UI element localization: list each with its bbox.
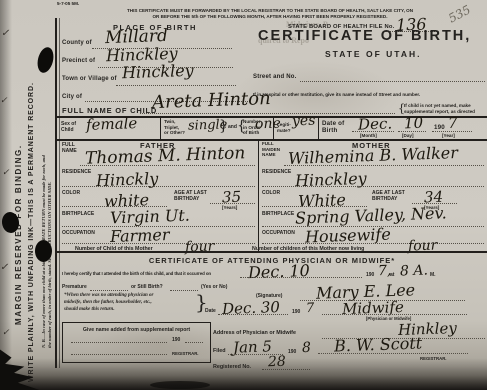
dob-day-line xyxy=(398,131,426,132)
mother-residence-label: RESIDENCE xyxy=(262,169,291,175)
town-label: Town or Village of xyxy=(62,76,117,83)
supplemental-box-year: 190 xyxy=(172,337,180,343)
father-color-label: COLOR xyxy=(62,190,80,196)
physician-section-rule xyxy=(57,251,487,253)
dob-year-digit: 7 xyxy=(448,114,458,132)
sex-value: female xyxy=(86,114,138,134)
stray-ink-mark: ✓ xyxy=(1,28,9,39)
father-name-line xyxy=(80,165,255,166)
supplemental-box-line2 xyxy=(71,354,167,355)
margin-note-nb-line2: the number of each, in order of birth, s… xyxy=(47,181,52,348)
child-name-line xyxy=(140,113,395,114)
city-label: City of xyxy=(62,94,82,101)
father-birthplace-value: Virgin Ut. xyxy=(110,206,190,228)
and-label: and xyxy=(228,124,237,130)
stray-ink-mark: ✓ xyxy=(2,328,10,338)
dob-day-value: 10 xyxy=(404,114,424,133)
birth-certificate-scan: Midwives, P quired to Repo MARGIN RESERV… xyxy=(0,0,487,390)
sex-label: Sex ofChild xyxy=(61,121,76,133)
filed-year-printed: 190 xyxy=(288,349,296,355)
twin-label: Twin,Triplet,or Other? xyxy=(164,119,185,136)
certificate-subtitle: STATE OF UTAH. xyxy=(325,49,421,59)
father-birthplace-label: BIRTHPLACE xyxy=(62,211,94,217)
cert-date-line xyxy=(218,314,288,315)
print-code: 5-7-05 5M. xyxy=(57,1,79,7)
filed-year-digit: 8 xyxy=(302,340,311,356)
cert-year-printed: 190 xyxy=(292,309,300,315)
occurred-year-printed: 190 xyxy=(366,272,374,278)
occurred-date-line xyxy=(240,277,362,278)
mother-age-label: AGE AT LASTBIRTHDAY xyxy=(372,190,405,202)
sex-row-divider xyxy=(318,117,319,139)
dob-month-line xyxy=(352,131,394,132)
mother-name-label: FULLMAIDENNAME xyxy=(262,141,280,158)
father-occupation-line xyxy=(62,243,255,244)
forwarding-notice-line1: THIS CERTIFICATE MUST BE FORWARDED BY TH… xyxy=(60,8,480,14)
cert-date-value: Dec. 30 xyxy=(222,298,281,318)
bottom-shadow-band xyxy=(0,358,487,390)
supplemental-box-label: Give name added from supplemental report xyxy=(63,327,210,333)
mother-occupation-label: OCCUPATION xyxy=(262,230,295,236)
stray-ink-mark: ✓ xyxy=(0,262,8,273)
filed-label: Filed xyxy=(213,348,226,354)
ink-blob xyxy=(35,46,56,75)
town-value: Hinckley xyxy=(122,61,194,82)
mother-residence-value: Hinckley xyxy=(295,169,367,190)
legitimate-label: Legiti-mate? xyxy=(277,122,291,133)
legitimate-value: yes xyxy=(292,113,316,130)
father-name-label: FULLNAME xyxy=(62,142,77,154)
certify-text: I hereby certify that I attended the bir… xyxy=(62,271,211,277)
occurred-time-value: 8 A. xyxy=(400,263,428,280)
father-occupation-label: OCCUPATION xyxy=(62,230,95,236)
supplemental-box-registrar-label: REGISTRAR. xyxy=(172,351,199,356)
mother-birthplace-value: Spring Valley, Nev. xyxy=(295,203,447,227)
dob-day-sub: [Day] xyxy=(402,133,414,139)
physician-note: *When there was no attending physician o… xyxy=(64,292,153,313)
stillbirth-label: or Still Birth? xyxy=(131,284,163,290)
stillbirth-line xyxy=(170,290,198,291)
certificate-title: CERTIFICATE OF BIRTH, xyxy=(258,28,471,44)
hospital-note: If in Hospital or other Institution, giv… xyxy=(253,92,420,98)
pencil-number: 535 xyxy=(446,2,473,25)
father-age-label: AGE AT LASTBIRTHDAY xyxy=(174,190,207,202)
occurred-m-label: M. xyxy=(430,272,436,278)
dob-month-sub: [Month] xyxy=(360,133,377,139)
father-age-sub: [Years] xyxy=(222,205,237,211)
dob-year-sub: [Year] xyxy=(442,133,455,139)
father-age-line xyxy=(210,203,255,204)
twin-brace: } xyxy=(219,118,228,134)
premature-line xyxy=(90,290,128,291)
child-note-line1: If child is not yet named, make xyxy=(404,103,471,109)
role-line xyxy=(322,314,467,315)
mother-residence-line xyxy=(262,186,484,187)
registrar-signature-line xyxy=(318,353,468,354)
dob-year-line xyxy=(432,131,472,132)
parent-column-divider xyxy=(258,141,259,251)
ink-blob xyxy=(150,381,210,389)
street-line xyxy=(300,81,485,82)
address-label: Address of Physician or Midwife xyxy=(213,330,296,336)
margin-note-binding: MARGIN RESERVED FOR BINDING. xyxy=(14,144,23,325)
premature-label: Premature xyxy=(62,284,87,290)
supplemental-report-box: Give name added from supplemental report… xyxy=(62,322,211,363)
sex-row-divider xyxy=(160,117,161,139)
mother-occupation-line xyxy=(262,243,484,244)
father-residence-label: RESIDENCE xyxy=(62,169,91,175)
mother-color-label: COLOR xyxy=(262,190,280,196)
stray-ink-mark: ✓ xyxy=(0,96,8,106)
form-left-rule xyxy=(55,18,57,368)
form-left-rule-inner xyxy=(59,18,60,368)
mother-birthplace-label: BIRTHPLACE xyxy=(262,211,294,217)
occurred-date-value: Dec. 10 xyxy=(248,261,310,282)
county-label: County of xyxy=(62,40,92,47)
town-line xyxy=(116,85,236,86)
street-label: Street and No. xyxy=(253,74,296,81)
mother-name-line xyxy=(284,165,484,166)
margin-note-permanent-record: WRITE PLAINLY, WITH UNFADING INK—THIS IS… xyxy=(28,82,35,382)
supplemental-box-year-line xyxy=(185,342,203,343)
dob-label: Date ofBirth xyxy=(322,120,344,134)
occurred-at-label: at xyxy=(390,272,394,278)
father-residence-line xyxy=(62,186,255,187)
cert-year-digit: 7 xyxy=(306,301,315,316)
precinct-label: Precinct of xyxy=(62,58,95,65)
cert-date-label: Date xyxy=(205,308,216,314)
child-name-value: Areta Hinton xyxy=(152,88,271,113)
supplemental-box-line1 xyxy=(71,342,167,343)
stray-ink-mark: ✓ xyxy=(2,168,10,178)
ink-blob xyxy=(35,240,52,262)
